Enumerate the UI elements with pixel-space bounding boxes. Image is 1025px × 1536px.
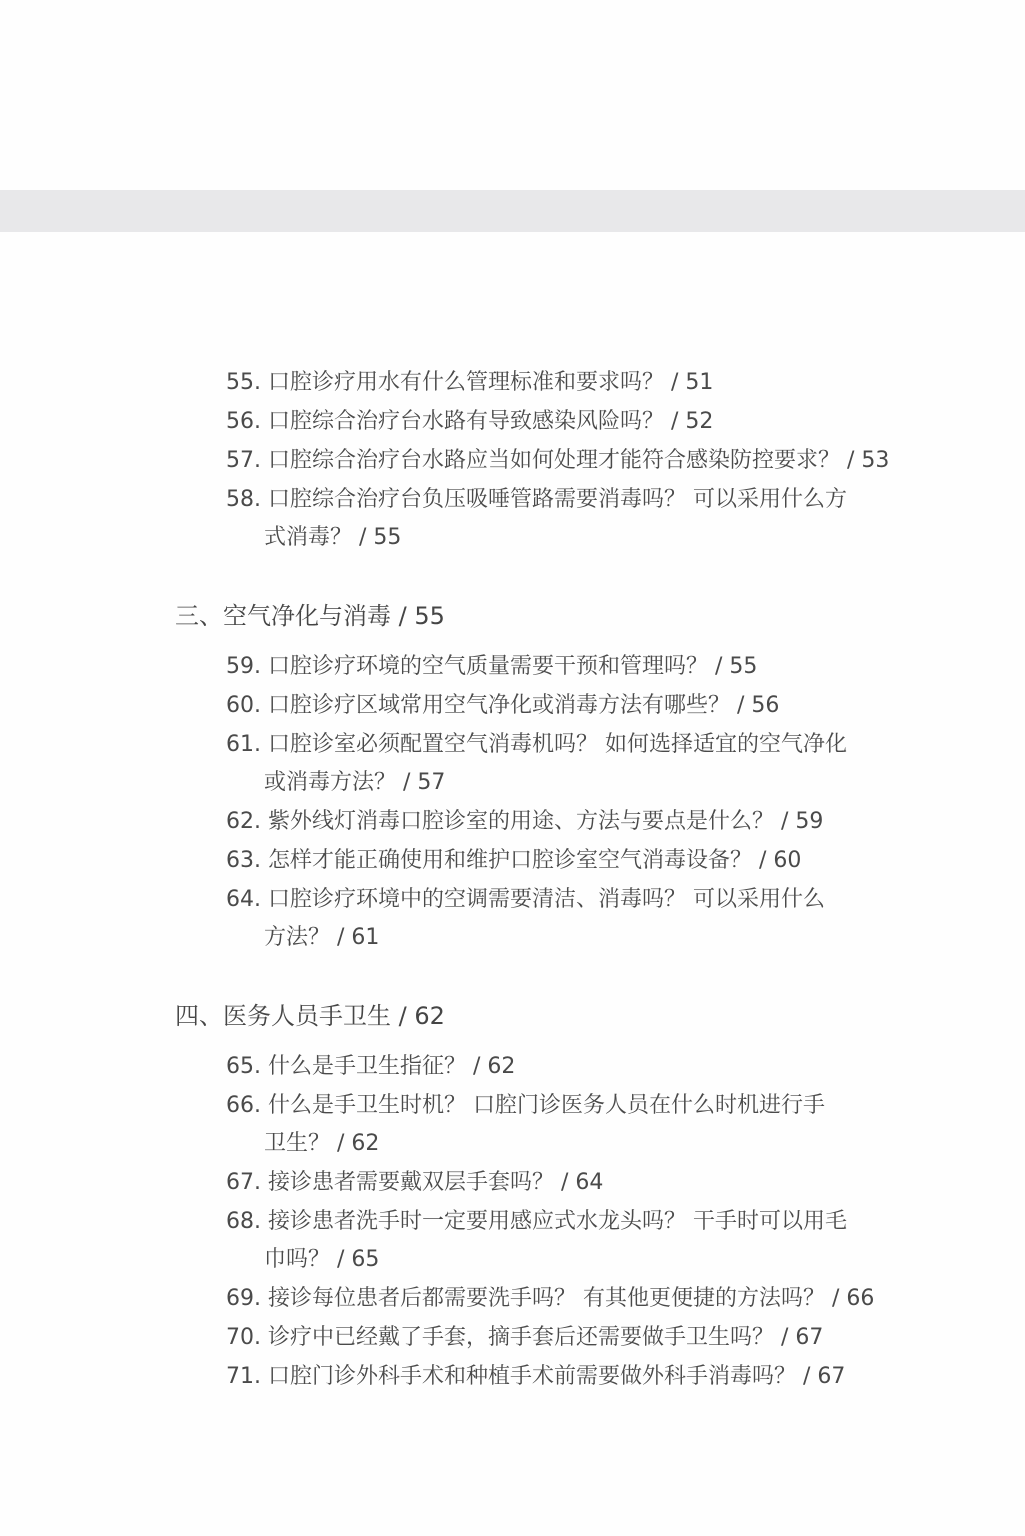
entry-title: 什么是手卫生时机？ 口腔门诊医务人员在什么时机进行手 xyxy=(268,1093,825,1118)
entry-title: 口腔诊疗环境的空气质量需要干预和管理吗？ / 55 xyxy=(268,654,757,679)
entry-number: 63. xyxy=(226,848,261,873)
toc-entry[interactable]: 69. 接诊每位患者后都需要洗手吗？ 有其他更便捷的方法吗？ / 66 xyxy=(226,1279,886,1318)
entry-number: 61. xyxy=(226,732,261,757)
entry-number: 71. xyxy=(226,1364,261,1389)
entry-title: 口腔诊室必须配置空气消毒机吗？ 如何选择适宜的空气净化 xyxy=(268,732,847,757)
toc-entry[interactable]: 58. 口腔综合治疗台负压吸唾管路需要消毒吗？ 可以采用什么方 xyxy=(226,480,886,519)
toc-entry[interactable]: 57. 口腔综合治疗台水路应当如何处理才能符合感染防控要求？ / 53 xyxy=(226,441,886,480)
entry-number: 55. xyxy=(226,370,261,395)
toc-entry[interactable]: 68. 接诊患者洗手时一定要用感应式水龙头吗？ 干手时可以用毛 xyxy=(226,1202,886,1241)
entry-title: 诊疗中已经戴了手套，摘手套后还需要做手卫生吗？ / 67 xyxy=(268,1325,823,1350)
entry-number: 67. xyxy=(226,1170,261,1195)
toc-entry[interactable]: 56. 口腔综合治疗台水路有导致感染风险吗？ / 52 xyxy=(226,402,886,441)
header-band xyxy=(0,190,1025,232)
section-heading[interactable]: 四、医务人员手卫生 / 62 xyxy=(175,996,445,1036)
entry-title: 紫外线灯消毒口腔诊室的用途、方法与要点是什么？ / 59 xyxy=(268,809,823,834)
entry-number: 68. xyxy=(226,1209,261,1234)
toc-entry[interactable]: 55. 口腔诊疗用水有什么管理标准和要求吗？ / 51 xyxy=(226,363,886,402)
section-heading[interactable]: 三、空气净化与消毒 / 55 xyxy=(175,596,445,636)
entry-title: 口腔综合治疗台水路有导致感染风险吗？ / 52 xyxy=(268,409,713,434)
toc-entry[interactable]: 62. 紫外线灯消毒口腔诊室的用途、方法与要点是什么？ / 59 xyxy=(226,802,886,841)
toc-entry[interactable]: 67. 接诊患者需要戴双层手套吗？ / 64 xyxy=(226,1163,886,1202)
entry-title: 口腔综合治疗台水路应当如何处理才能符合感染防控要求？ / 53 xyxy=(268,448,889,473)
entry-continuation: 方法？ / 61 xyxy=(264,918,379,957)
toc-entry[interactable]: 64. 口腔诊疗环境中的空调需要清洁、消毒吗？ 可以采用什么 xyxy=(226,880,886,919)
entry-number: 60. xyxy=(226,693,261,718)
entry-continuation: 卫生？ / 62 xyxy=(264,1124,379,1163)
entry-title: 口腔门诊外科手术和种植手术前需要做外科手消毒吗？ / 67 xyxy=(268,1364,845,1389)
entry-title: 口腔综合治疗台负压吸唾管路需要消毒吗？ 可以采用什么方 xyxy=(268,487,847,512)
entry-number: 66. xyxy=(226,1093,261,1118)
entry-title: 什么是手卫生指征？ / 62 xyxy=(268,1054,515,1079)
toc-entry[interactable]: 59. 口腔诊疗环境的空气质量需要干预和管理吗？ / 55 xyxy=(226,647,886,686)
entry-continuation: 式消毒？ / 55 xyxy=(264,518,401,557)
entry-number: 62. xyxy=(226,809,261,834)
entry-title: 口腔诊疗用水有什么管理标准和要求吗？ / 51 xyxy=(268,370,713,395)
toc-entry[interactable]: 70. 诊疗中已经戴了手套，摘手套后还需要做手卫生吗？ / 67 xyxy=(226,1318,886,1357)
toc-entry[interactable]: 66. 什么是手卫生时机？ 口腔门诊医务人员在什么时机进行手 xyxy=(226,1086,886,1125)
entry-number: 56. xyxy=(226,409,261,434)
entry-number: 59. xyxy=(226,654,261,679)
toc-entry[interactable]: 63. 怎样才能正确使用和维护口腔诊室空气消毒设备？ / 60 xyxy=(226,841,886,880)
entry-title: 接诊每位患者后都需要洗手吗？ 有其他更便捷的方法吗？ / 66 xyxy=(268,1286,874,1311)
entry-title: 口腔诊疗环境中的空调需要清洁、消毒吗？ 可以采用什么 xyxy=(268,887,825,912)
toc-entry[interactable]: 71. 口腔门诊外科手术和种植手术前需要做外科手消毒吗？ / 67 xyxy=(226,1357,886,1396)
toc-entry[interactable]: 60. 口腔诊疗区域常用空气净化或消毒方法有哪些？ / 56 xyxy=(226,686,886,725)
entry-number: 69. xyxy=(226,1286,261,1311)
entry-title: 怎样才能正确使用和维护口腔诊室空气消毒设备？ / 60 xyxy=(268,848,801,873)
entry-title: 接诊患者需要戴双层手套吗？ / 64 xyxy=(268,1170,603,1195)
entry-number: 65. xyxy=(226,1054,261,1079)
entry-continuation: 或消毒方法？ / 57 xyxy=(264,763,445,802)
entry-number: 57. xyxy=(226,448,261,473)
toc-entry[interactable]: 61. 口腔诊室必须配置空气消毒机吗？ 如何选择适宜的空气净化 xyxy=(226,725,886,764)
entry-number: 64. xyxy=(226,887,261,912)
entry-title: 口腔诊疗区域常用空气净化或消毒方法有哪些？ / 56 xyxy=(268,693,779,718)
toc-entry[interactable]: 65. 什么是手卫生指征？ / 62 xyxy=(226,1047,886,1086)
entry-number: 58. xyxy=(226,487,261,512)
entry-title: 接诊患者洗手时一定要用感应式水龙头吗？ 干手时可以用毛 xyxy=(268,1209,847,1234)
entry-number: 70. xyxy=(226,1325,261,1350)
entry-continuation: 巾吗？ / 65 xyxy=(264,1240,379,1279)
